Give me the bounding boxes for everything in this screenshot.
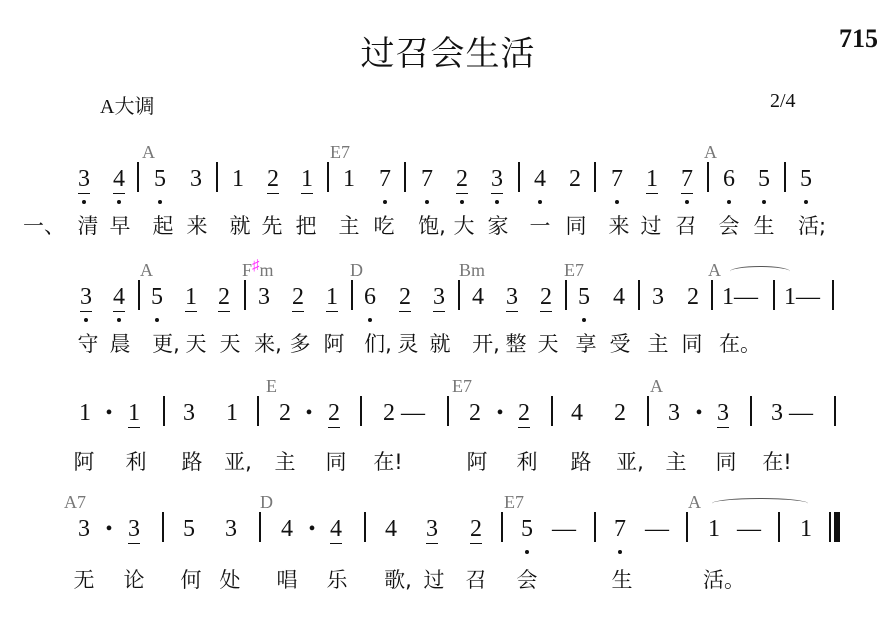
note: 3 (80, 282, 92, 312)
barline (778, 512, 780, 542)
note: 2 (469, 398, 481, 428)
lyric-syllable: 生 (754, 210, 775, 240)
note: 2 (279, 398, 291, 428)
barline (351, 280, 353, 310)
note: 7 (379, 164, 391, 194)
note: 4 (613, 282, 625, 312)
lyric-syllable: 路 (182, 446, 203, 476)
lyric-syllable: 会 (719, 210, 740, 240)
sharp-sign: ♯ (252, 258, 260, 274)
lyric-syllable: 亚, (224, 446, 252, 476)
lyric-syllable: 无 (74, 564, 95, 594)
note: 2 (399, 282, 411, 312)
barline (162, 512, 164, 542)
lyric-syllable: 同 (326, 446, 347, 476)
lyric-syllable: 来 (609, 210, 630, 240)
barline (773, 280, 775, 310)
note: 2 (470, 514, 482, 544)
barline (565, 280, 567, 310)
augmentation-dot: • (693, 398, 705, 428)
lyric-syllable: 路 (571, 446, 592, 476)
note: — (645, 514, 669, 544)
barline (647, 396, 649, 426)
barline (257, 396, 259, 426)
note: 3 (128, 514, 140, 544)
note: 3 (668, 398, 680, 428)
note: 1 (79, 398, 91, 428)
note: 5 (578, 282, 590, 312)
note: 3 (652, 282, 664, 312)
barline (404, 162, 406, 192)
lyric-syllable: 天 (220, 328, 241, 358)
chord-symbol: E7 (330, 142, 350, 163)
lyric-syllable: 召 (676, 210, 697, 240)
note: 5 (521, 514, 533, 544)
lyric-syllable: 在! (762, 446, 791, 476)
note: 2 (292, 282, 304, 312)
note: 3 (225, 514, 237, 544)
note: 1— (722, 282, 758, 312)
note: 7 (611, 164, 623, 194)
barline (360, 396, 362, 426)
lyric-syllable: 会 (517, 564, 538, 594)
lyric-syllable: 歌, (384, 564, 412, 594)
lyric-syllable: 过 (641, 210, 662, 240)
note: 2 (569, 164, 581, 194)
lyric-syllable: 主 (648, 328, 669, 358)
lyric-syllable: 论 (124, 564, 145, 594)
chord-symbol: A (704, 142, 717, 163)
lyric-syllable: 灵 (398, 328, 419, 358)
note: 4 (534, 164, 546, 194)
lyric-syllable: 来, (254, 328, 282, 358)
lyric-syllable: 饱, (418, 210, 446, 240)
note: 3 (433, 282, 445, 312)
score-system-4: A7DE7A3•3534•44325—7—1—1 (0, 500, 896, 560)
lyric-syllable: 何 (181, 564, 202, 594)
note: 5 (151, 282, 163, 312)
note: 1 (232, 164, 244, 194)
note: 3 (78, 164, 90, 194)
lyric-syllable: 同 (566, 210, 587, 240)
lyric-syllable: 利 (517, 446, 538, 476)
lyric-syllable: 在。 (719, 328, 761, 358)
chord-symbol: D (260, 492, 273, 513)
lyric-syllable: 受 (610, 328, 631, 358)
note: 5 (183, 514, 195, 544)
barline (138, 280, 140, 310)
barline (518, 162, 520, 192)
barline (594, 512, 596, 542)
note: 1 (646, 164, 658, 194)
barline (750, 396, 752, 426)
note: 2 (218, 282, 230, 312)
note: 7 (614, 514, 626, 544)
tie-arc (712, 498, 808, 509)
note: 5 (154, 164, 166, 194)
barline (784, 162, 786, 192)
barline (244, 280, 246, 310)
barline (638, 280, 640, 310)
note: 2 (518, 398, 530, 428)
note: 1 (708, 514, 720, 544)
augmentation-dot: • (303, 398, 315, 428)
note: 1 (343, 164, 355, 194)
chord-symbol: Bm (459, 260, 485, 281)
lyric-syllable: 乐 (327, 564, 348, 594)
note: 6 (723, 164, 735, 194)
chord-symbol: D (350, 260, 363, 281)
lyric-syllable: 整 (506, 328, 527, 358)
lyric-syllable: 召 (466, 564, 487, 594)
lyric-syllable: 开, (472, 328, 500, 358)
chord-symbol: A (688, 492, 701, 513)
note: 4 (385, 514, 397, 544)
note: 4 (113, 164, 125, 194)
barline (711, 280, 713, 310)
lyric-syllable: 生 (612, 564, 633, 594)
score-system-3: EE7A1•1312•22 —2•2423•33 — (0, 384, 896, 444)
augmentation-dot: • (494, 398, 506, 428)
note: 2 (614, 398, 626, 428)
barline (707, 162, 709, 192)
barline (829, 512, 831, 542)
barline (458, 280, 460, 310)
note: 1 (185, 282, 197, 312)
lyric-syllable: 就 (430, 328, 451, 358)
lyric-syllable: 把 (296, 210, 317, 240)
lyric-syllable: 先 (262, 210, 283, 240)
augmentation-dot: • (306, 514, 318, 544)
note: 3 — (771, 398, 813, 428)
lyric-syllable: 多 (290, 328, 311, 358)
lyric-syllable: 唱 (277, 564, 298, 594)
note: 4 (472, 282, 484, 312)
barline (501, 512, 503, 542)
barline (327, 162, 329, 192)
note: 1 (226, 398, 238, 428)
lyric-syllable: 活; (798, 210, 826, 240)
lyric-syllable: 晨 (110, 328, 131, 358)
hymn-title: 过召会生活 (0, 26, 896, 75)
chord-symbol: A (708, 260, 721, 281)
chord-symbol: F♯m (242, 260, 274, 281)
note: 1 (326, 282, 338, 312)
note: 1— (784, 282, 820, 312)
chord-symbol: A7 (64, 492, 86, 513)
note: — (737, 514, 761, 544)
lyric-syllable: 在! (373, 446, 402, 476)
note: 1 (128, 398, 140, 428)
chord-symbol: E (266, 376, 277, 397)
note: 3 (717, 398, 729, 428)
barline (834, 396, 836, 426)
note: 2 (267, 164, 279, 194)
lyric-syllable: 们, (364, 328, 392, 358)
barline (594, 162, 596, 192)
note: 4 (571, 398, 583, 428)
score-system-1: AE7A34531211772342717655 (0, 150, 896, 210)
lyric-syllable: 大 (454, 210, 475, 240)
final-barline (834, 512, 840, 542)
note: 3 (258, 282, 270, 312)
chord-symbol: A (650, 376, 663, 397)
lyric-syllable: 就 (230, 210, 251, 240)
note: 6 (364, 282, 376, 312)
note: 2 — (383, 398, 425, 428)
lyric-syllable: 阿 (74, 446, 95, 476)
barline (447, 396, 449, 426)
barline (259, 512, 261, 542)
note: 2 (687, 282, 699, 312)
note: 4 (281, 514, 293, 544)
lyric-syllable: 守 (78, 328, 99, 358)
note: 5 (800, 164, 812, 194)
lyric-syllable: 同 (716, 446, 737, 476)
note: 1 (800, 514, 812, 544)
lyric-syllable: 天 (538, 328, 559, 358)
lyric-syllable: 处 (220, 564, 241, 594)
barline (832, 280, 834, 310)
augmentation-dot: • (103, 514, 115, 544)
barline (364, 512, 366, 542)
lyric-syllable: 早 (110, 210, 131, 240)
chord-symbol: E7 (504, 492, 524, 513)
lyric-syllable: 过 (424, 564, 445, 594)
lyric-syllable: 同 (682, 328, 703, 358)
chord-symbol: A (140, 260, 153, 281)
note: 4 (330, 514, 342, 544)
lyric-syllable: 主 (339, 210, 360, 240)
lyric-syllable: 天 (186, 328, 207, 358)
note: 2 (328, 398, 340, 428)
chord-symbol: E7 (452, 376, 472, 397)
note: 3 (190, 164, 202, 194)
lyric-syllable: 一、 (23, 210, 65, 240)
hymn-number: 715 (839, 24, 878, 54)
lyric-syllable: 阿 (324, 328, 345, 358)
note: 1 (301, 164, 313, 194)
lyric-syllable: 来 (187, 210, 208, 240)
note: 7 (681, 164, 693, 194)
barline (163, 396, 165, 426)
augmentation-dot: • (103, 398, 115, 428)
note: 3 (506, 282, 518, 312)
tie-arc (730, 266, 790, 277)
note: 3 (78, 514, 90, 544)
lyric-syllable: 亚, (616, 446, 644, 476)
lyric-syllable: 阿 (467, 446, 488, 476)
lyric-syllable: 利 (126, 446, 147, 476)
chord-symbol: A (142, 142, 155, 163)
lyric-syllable: 家 (488, 210, 509, 240)
lyric-syllable: 主 (275, 446, 296, 476)
note: 3 (183, 398, 195, 428)
note: 3 (426, 514, 438, 544)
score-system-2: AF♯mDBmE7A3451232162343254321—1— (0, 268, 896, 328)
lyric-syllable: 主 (666, 446, 687, 476)
lyric-syllable: 吃 (374, 210, 395, 240)
lyric-syllable: 起 (153, 210, 174, 240)
lyric-syllable: 一 (530, 210, 551, 240)
barline (137, 162, 139, 192)
note: 2 (456, 164, 468, 194)
lyric-syllable: 享 (576, 328, 597, 358)
note: 5 (758, 164, 770, 194)
note: 3 (491, 164, 503, 194)
barline (686, 512, 688, 542)
lyric-syllable: 活。 (703, 564, 745, 594)
note: 4 (113, 282, 125, 312)
barline (551, 396, 553, 426)
key-signature: A大调 (100, 90, 154, 119)
note: — (552, 514, 576, 544)
chord-symbol: E7 (564, 260, 584, 281)
time-signature: 2/4 (770, 90, 796, 113)
lyric-syllable: 清 (78, 210, 99, 240)
barline (216, 162, 218, 192)
lyric-syllable: 更, (152, 328, 180, 358)
note: 7 (421, 164, 433, 194)
note: 2 (540, 282, 552, 312)
